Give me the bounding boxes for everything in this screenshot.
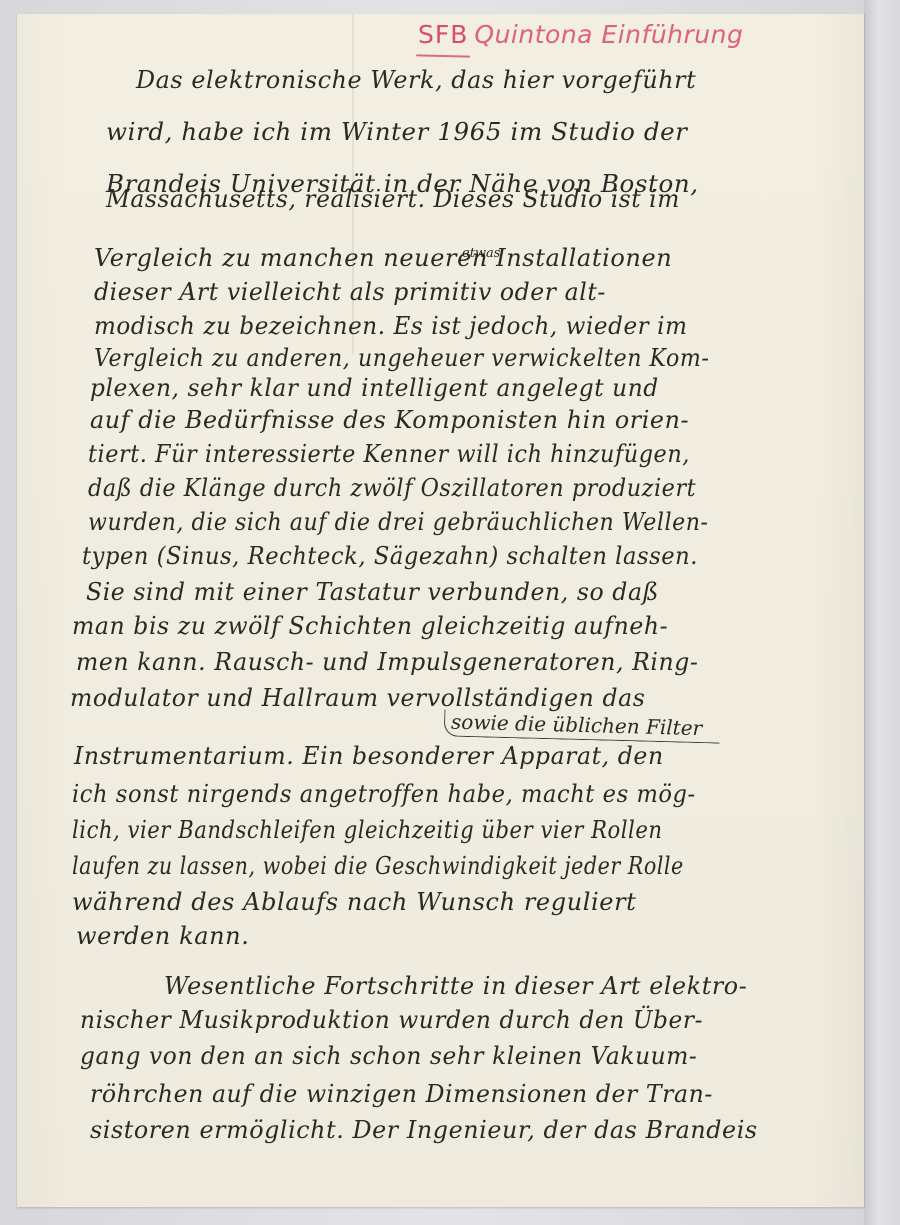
header-annotation: SFBQuintona Einführung [418,20,743,49]
manuscript-line: sistoren ermöglicht. Der Ingenieur, der … [90,1116,758,1144]
manuscript-line: daß die Klänge durch zwölf Oszillatoren … [88,474,696,502]
manuscript-line: Das elektronische Werk, das hier vorgefü… [136,66,696,94]
manuscript-line: men kann. Rausch- und Impulsgeneratoren,… [76,648,698,676]
manuscript-line: Vergleich zu manchen neueren Installatio… [94,244,672,272]
manuscript-line: ich sonst nirgends angetroffen habe, mac… [72,780,696,808]
scanner-background [864,0,900,1225]
manuscript-line: wurden, die sich auf die drei gebräuchli… [88,508,709,536]
manuscript-line: typen (Sinus, Rechteck, Sägezahn) schalt… [82,542,698,570]
manuscript-line: modisch zu bezeichnen. Es ist jedoch, wi… [94,312,688,340]
manuscript-line: gang von den an sich schon sehr kleinen … [80,1042,697,1070]
manuscript-line: dieser Art vielleicht als primitiv oder … [94,278,606,306]
annotation-label: SFB [418,20,468,49]
manuscript-line: werden kann. [76,922,249,950]
manuscript-line: wird, habe ich im Winter 1965 im Studio … [106,118,688,146]
inserted-word: etwas [462,246,500,261]
manuscript-line: Wesentliche Fortschritte in dieser Art e… [164,972,747,1000]
manuscript-line: röhrchen auf die winzigen Dimensionen de… [90,1080,713,1108]
manuscript-line: modulator und Hallraum vervollständigen … [70,684,645,712]
manuscript-line: Sie sind mit einer Tastatur verbunden, s… [86,578,659,606]
manuscript-line: auf die Bedürfnisse des Komponisten hin … [90,406,689,434]
manuscript-line: man bis zu zwölf Schichten gleichzeitig … [72,612,668,640]
manuscript-line: tiert. Für interessierte Kenner will ich… [88,440,690,468]
annotation-title: Quintona Einführung [474,20,743,49]
manuscript-line: Massachusetts, realisiert. Dieses Studio… [106,185,680,213]
manuscript-line: laufen zu lassen, wobei die Geschwindigk… [72,852,684,880]
manuscript-line: nischer Musikproduktion wurden durch den… [80,1006,703,1034]
manuscript-line: lich, vier Bandschleifen gleichzeitig üb… [72,816,662,844]
manuscript-line: Vergleich zu anderen, ungeheuer verwicke… [94,344,709,372]
manuscript-line: Instrumentarium. Ein besonderer Apparat,… [74,742,664,770]
manuscript-line: während des Ablaufs nach Wunsch regulier… [72,888,636,916]
manuscript-line: plexen, sehr klar und intelligent angele… [90,374,659,402]
